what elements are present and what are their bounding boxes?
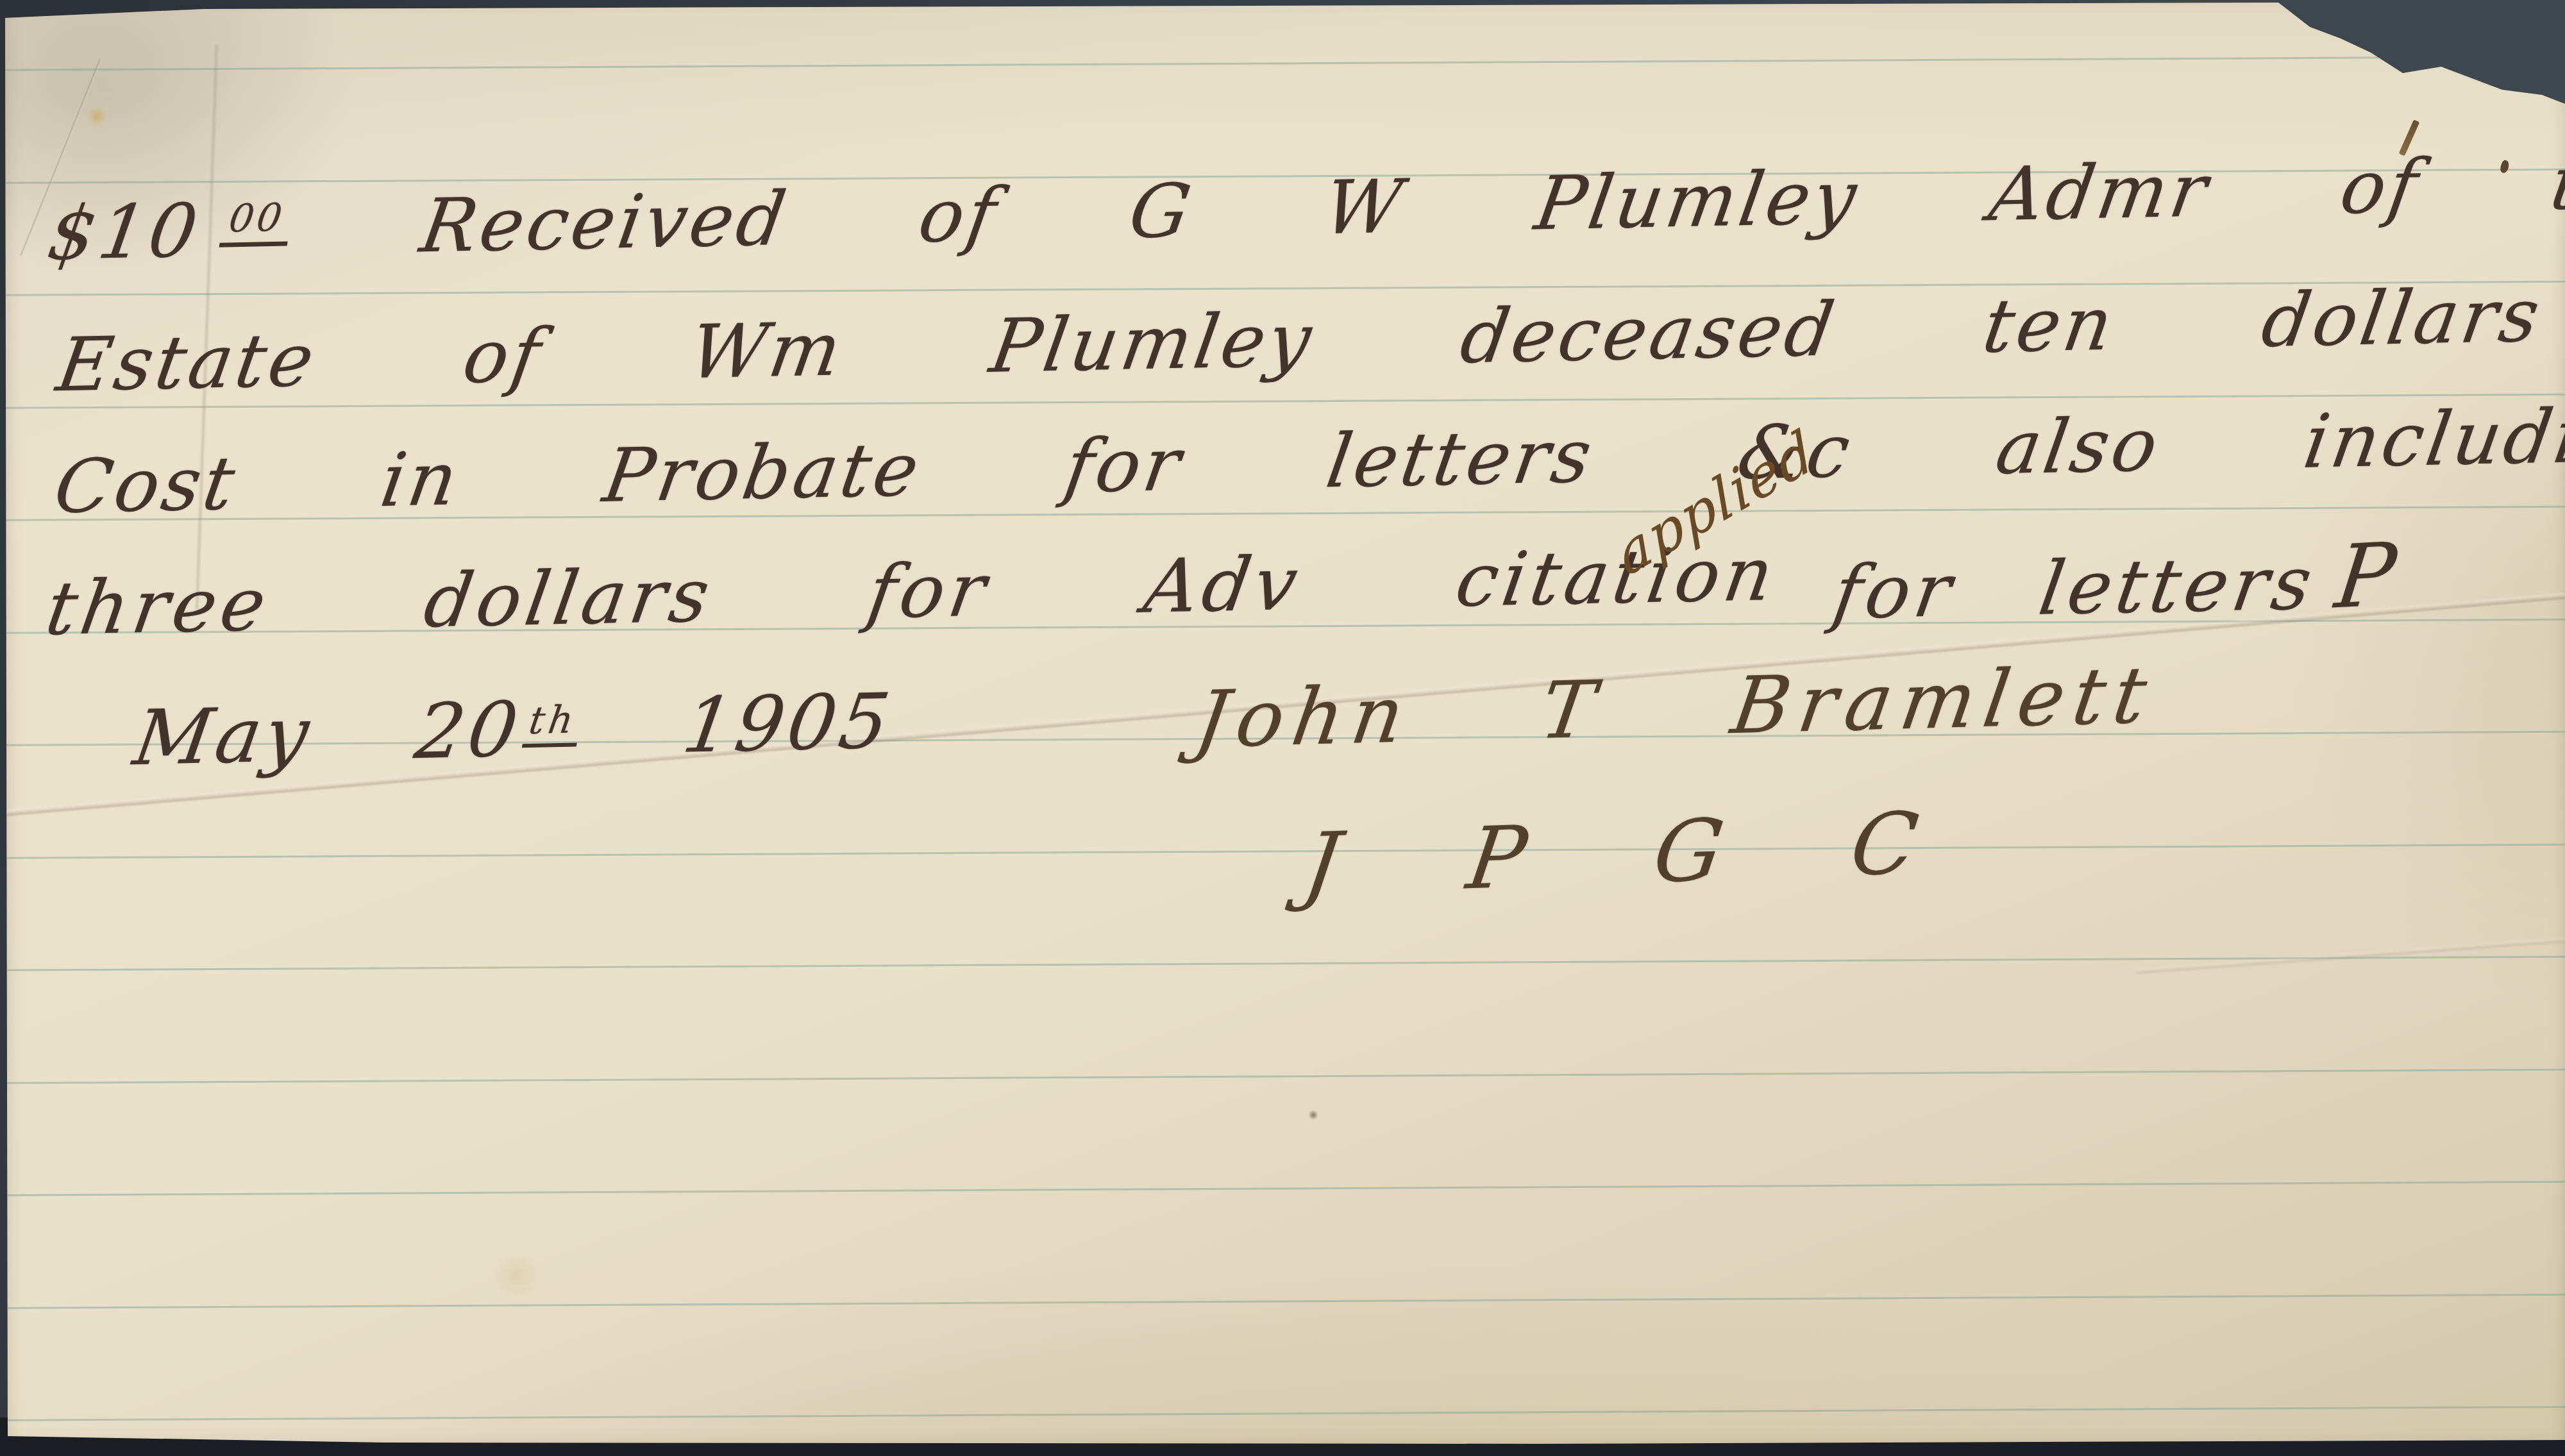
receipt-paper: $1000 Received of G W Plumley Admr of th… [0,0,2565,1456]
date-day: May 20 [128,685,528,782]
line4b-text: for letters [1828,540,2321,636]
line4-flourish-glyph: P [2330,524,2401,628]
photo-of-receipt: $1000 Received of G W Plumley Admr of th… [0,0,2565,1456]
ruled-line [0,1180,2565,1196]
ruled-line [0,843,2565,859]
handwriting-date: May 20th 1905 [134,676,893,782]
date-year: 1905 [677,676,898,770]
ruled-line [0,1293,2565,1309]
amount-cents-superscript: 00 [219,195,294,247]
amount-dollars: $10 [42,188,206,277]
handwriting-line-4-end: for letters [1833,540,2316,636]
ruled-line [0,55,2565,71]
ruled-line [0,1068,2565,1084]
ruled-line [0,1405,2565,1421]
handwriting-line-4-flourish: P [2334,524,2398,628]
date-ordinal-superscript: th [521,697,584,748]
